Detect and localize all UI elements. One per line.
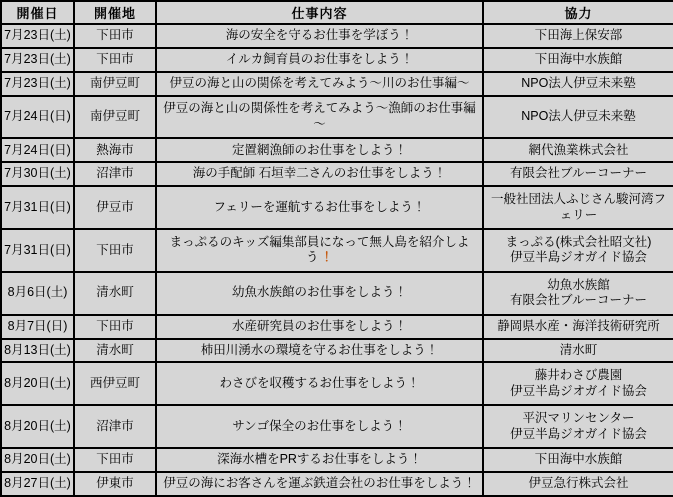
cooperation-cell: 網代漁業株式会社	[483, 138, 673, 162]
header-job: 仕事内容	[156, 1, 483, 24]
job-cell: 幼魚水族館のお仕事をしよう！	[156, 272, 483, 315]
table-row: 7月23日(土) 下田市 イルカ飼育員のお仕事をしよう！ 下田海中水族館	[1, 48, 673, 72]
job-text: フェリーを運航するお仕事をしよう！	[214, 200, 426, 214]
job-cell: サンゴ保全のお仕事をしよう！	[156, 405, 483, 448]
date-cell: 8月6日(土)	[1, 272, 74, 315]
table-row: 7月23日(土) 下田市 海の安全を守るお仕事を学ぼう！ 下田海上保安部	[1, 24, 673, 48]
date-cell: 7月31日(日)	[1, 186, 74, 229]
job-cell: 深海水槽をPRするお仕事をしよう！	[156, 448, 483, 472]
job-text: わさびを収穫するお仕事をしよう！	[219, 376, 419, 390]
job-cell: フェリーを運航するお仕事をしよう！	[156, 186, 483, 229]
table-row: 8月13日(土) 清水町 柿田川湧水の環境を守るお仕事をしよう！ 清水町	[1, 339, 673, 363]
table-row: 8月27日(土) 伊東市 伊豆の海にお客さんを運ぶ鉄道会社のお仕事をしよう！ 伊…	[1, 472, 673, 496]
event-schedule: 開催日 開催地 仕事内容 協力 7月23日(土) 下田市 海の安全を守るお仕事を…	[0, 0, 673, 497]
header-date: 開催日	[1, 1, 74, 24]
job-cell: 海の手配師 石垣幸二さんのお仕事をしよう！	[156, 162, 483, 186]
date-cell: 7月23日(土)	[1, 24, 74, 48]
location-cell: 沼津市	[74, 405, 156, 448]
job-text: 定置網漁師のお仕事をしよう！	[232, 143, 407, 157]
job-text: 伊豆の海にお客さんを運ぶ鉄道会社のお仕事をしよう！	[163, 476, 476, 490]
job-cell: 伊豆の海と山の関係を考えてみよう～川のお仕事編～	[156, 72, 483, 96]
table-row: 7月31日(日) 下田市 まっぷるのキッズ編集部員になって無人島を紹介しよう！ …	[1, 229, 673, 272]
job-text: 伊豆の海と山の関係を考えてみよう～川のお仕事編～	[169, 76, 469, 90]
job-cell: わさびを収穫するお仕事をしよう！	[156, 362, 483, 405]
date-cell: 8月20日(土)	[1, 448, 74, 472]
table-row: 8月6日(土) 清水町 幼魚水族館のお仕事をしよう！ 幼魚水族館 有限会社ブルー…	[1, 272, 673, 315]
date-cell: 8月13日(土)	[1, 339, 74, 363]
date-cell: 7月31日(日)	[1, 229, 74, 272]
job-cell: 伊豆の海にお客さんを運ぶ鉄道会社のお仕事をしよう！	[156, 472, 483, 496]
date-cell: 7月23日(土)	[1, 48, 74, 72]
cooperation-cell: NPO法人伊豆未来塾	[483, 72, 673, 96]
cooperation-cell: 下田海中水族館	[483, 48, 673, 72]
job-text: 水産研究員のお仕事をしよう！	[232, 319, 407, 333]
job-cell: 伊豆の海と山の関係性を考えてみよう～漁師のお仕事編～	[156, 96, 483, 139]
location-cell: 南伊豆町	[74, 72, 156, 96]
cooperation-cell: 清水町	[483, 339, 673, 363]
job-cell: 海の安全を守るお仕事を学ぼう！	[156, 24, 483, 48]
cooperation-cell: 一般社団法人ふじさん駿河湾フェリー	[483, 186, 673, 229]
location-cell: 下田市	[74, 24, 156, 48]
job-text: まっぷるのキッズ編集部員になって無人島を紹介しよう	[170, 235, 470, 265]
cooperation-cell: 下田海上保安部	[483, 24, 673, 48]
job-cell: 柿田川湧水の環境を守るお仕事をしよう！	[156, 339, 483, 363]
table-row: 8月20日(土) 下田市 深海水槽をPRするお仕事をしよう！ 下田海中水族館	[1, 448, 673, 472]
location-cell: 下田市	[74, 315, 156, 339]
table-row: 7月24日(日) 南伊豆町 伊豆の海と山の関係性を考えてみよう～漁師のお仕事編～…	[1, 96, 673, 139]
header-cooperation: 協力	[483, 1, 673, 24]
job-text: 深海水槽をPRするお仕事をしよう！	[217, 452, 422, 466]
job-text: サンゴ保全のお仕事をしよう！	[232, 419, 406, 433]
cooperation-cell: NPO法人伊豆未来塾	[483, 96, 673, 139]
job-text: イルカ飼育員のお仕事をしよう！	[226, 52, 414, 66]
date-cell: 7月23日(土)	[1, 72, 74, 96]
job-text: 伊豆の海と山の関係性を考えてみよう～漁師のお仕事編～	[163, 101, 476, 131]
job-text: 幼魚水族館のお仕事をしよう！	[232, 285, 407, 299]
location-cell: 南伊豆町	[74, 96, 156, 139]
cooperation-cell: 有限会社ブルーコーナー	[483, 162, 673, 186]
location-cell: 熱海市	[74, 138, 156, 162]
date-cell: 8月20日(土)	[1, 405, 74, 448]
location-cell: 下田市	[74, 448, 156, 472]
table-row: 8月7日(日) 下田市 水産研究員のお仕事をしよう！ 静岡県水産・海洋技術研究所	[1, 315, 673, 339]
table-row: 8月20日(土) 西伊豆町 わさびを収穫するお仕事をしよう！ 藤井わさび農園 伊…	[1, 362, 673, 405]
job-text: 海の手配師 石垣幸二さんのお仕事をしよう！	[193, 166, 446, 180]
event-schedule-table: 開催日 開催地 仕事内容 協力 7月23日(土) 下田市 海の安全を守るお仕事を…	[0, 0, 673, 497]
header-row: 開催日 開催地 仕事内容 協力	[1, 1, 673, 24]
job-text: 柿田川湧水の環境を守るお仕事をしよう！	[201, 343, 439, 357]
date-cell: 8月27日(土)	[1, 472, 74, 496]
job-cell: イルカ飼育員のお仕事をしよう！	[156, 48, 483, 72]
location-cell: 清水町	[74, 339, 156, 363]
header-location: 開催地	[74, 1, 156, 24]
cooperation-cell: 幼魚水族館 有限会社ブルーコーナー	[483, 272, 673, 315]
table-row: 7月30日(土) 沼津市 海の手配師 石垣幸二さんのお仕事をしよう！ 有限会社ブ…	[1, 162, 673, 186]
job-highlight-mark: ！	[321, 250, 334, 264]
location-cell: 清水町	[74, 272, 156, 315]
date-cell: 8月20日(土)	[1, 362, 74, 405]
location-cell: 伊東市	[74, 472, 156, 496]
date-cell: 7月24日(日)	[1, 96, 74, 139]
job-text: 海の安全を守るお仕事を学ぼう！	[226, 28, 414, 42]
location-cell: 沼津市	[74, 162, 156, 186]
table-row: 8月20日(土) 沼津市 サンゴ保全のお仕事をしよう！ 平沢マリンセンター 伊豆…	[1, 405, 673, 448]
location-cell: 下田市	[74, 229, 156, 272]
date-cell: 7月30日(土)	[1, 162, 74, 186]
location-cell: 伊豆市	[74, 186, 156, 229]
cooperation-cell: 静岡県水産・海洋技術研究所	[483, 315, 673, 339]
table-row: 7月31日(日) 伊豆市 フェリーを運航するお仕事をしよう！ 一般社団法人ふじさ…	[1, 186, 673, 229]
location-cell: 西伊豆町	[74, 362, 156, 405]
table-body: 7月23日(土) 下田市 海の安全を守るお仕事を学ぼう！ 下田海上保安部 7月2…	[1, 24, 673, 496]
date-cell: 8月7日(日)	[1, 315, 74, 339]
cooperation-cell: 伊豆急行株式会社	[483, 472, 673, 496]
job-cell: まっぷるのキッズ編集部員になって無人島を紹介しよう！	[156, 229, 483, 272]
cooperation-cell: まっぷる(株式会社昭文社) 伊豆半島ジオガイド協会	[483, 229, 673, 272]
location-cell: 下田市	[74, 48, 156, 72]
cooperation-cell: 平沢マリンセンター 伊豆半島ジオガイド協会	[483, 405, 673, 448]
cooperation-cell: 下田海中水族館	[483, 448, 673, 472]
job-cell: 定置網漁師のお仕事をしよう！	[156, 138, 483, 162]
job-cell: 水産研究員のお仕事をしよう！	[156, 315, 483, 339]
cooperation-cell: 藤井わさび農園 伊豆半島ジオガイド協会	[483, 362, 673, 405]
table-row: 7月23日(土) 南伊豆町 伊豆の海と山の関係を考えてみよう～川のお仕事編～ N…	[1, 72, 673, 96]
table-row: 7月24日(日) 熱海市 定置網漁師のお仕事をしよう！ 網代漁業株式会社	[1, 138, 673, 162]
date-cell: 7月24日(日)	[1, 138, 74, 162]
